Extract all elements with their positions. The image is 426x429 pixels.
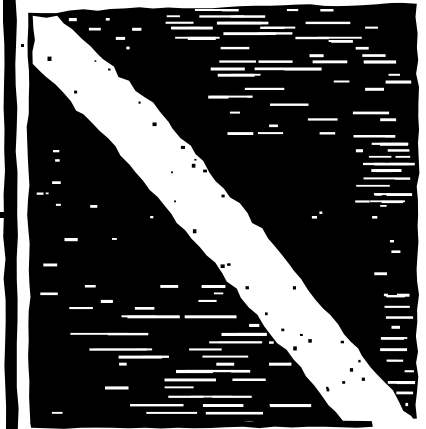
woodcut-flag-figure [0,0,426,429]
engraving-page [0,0,426,429]
